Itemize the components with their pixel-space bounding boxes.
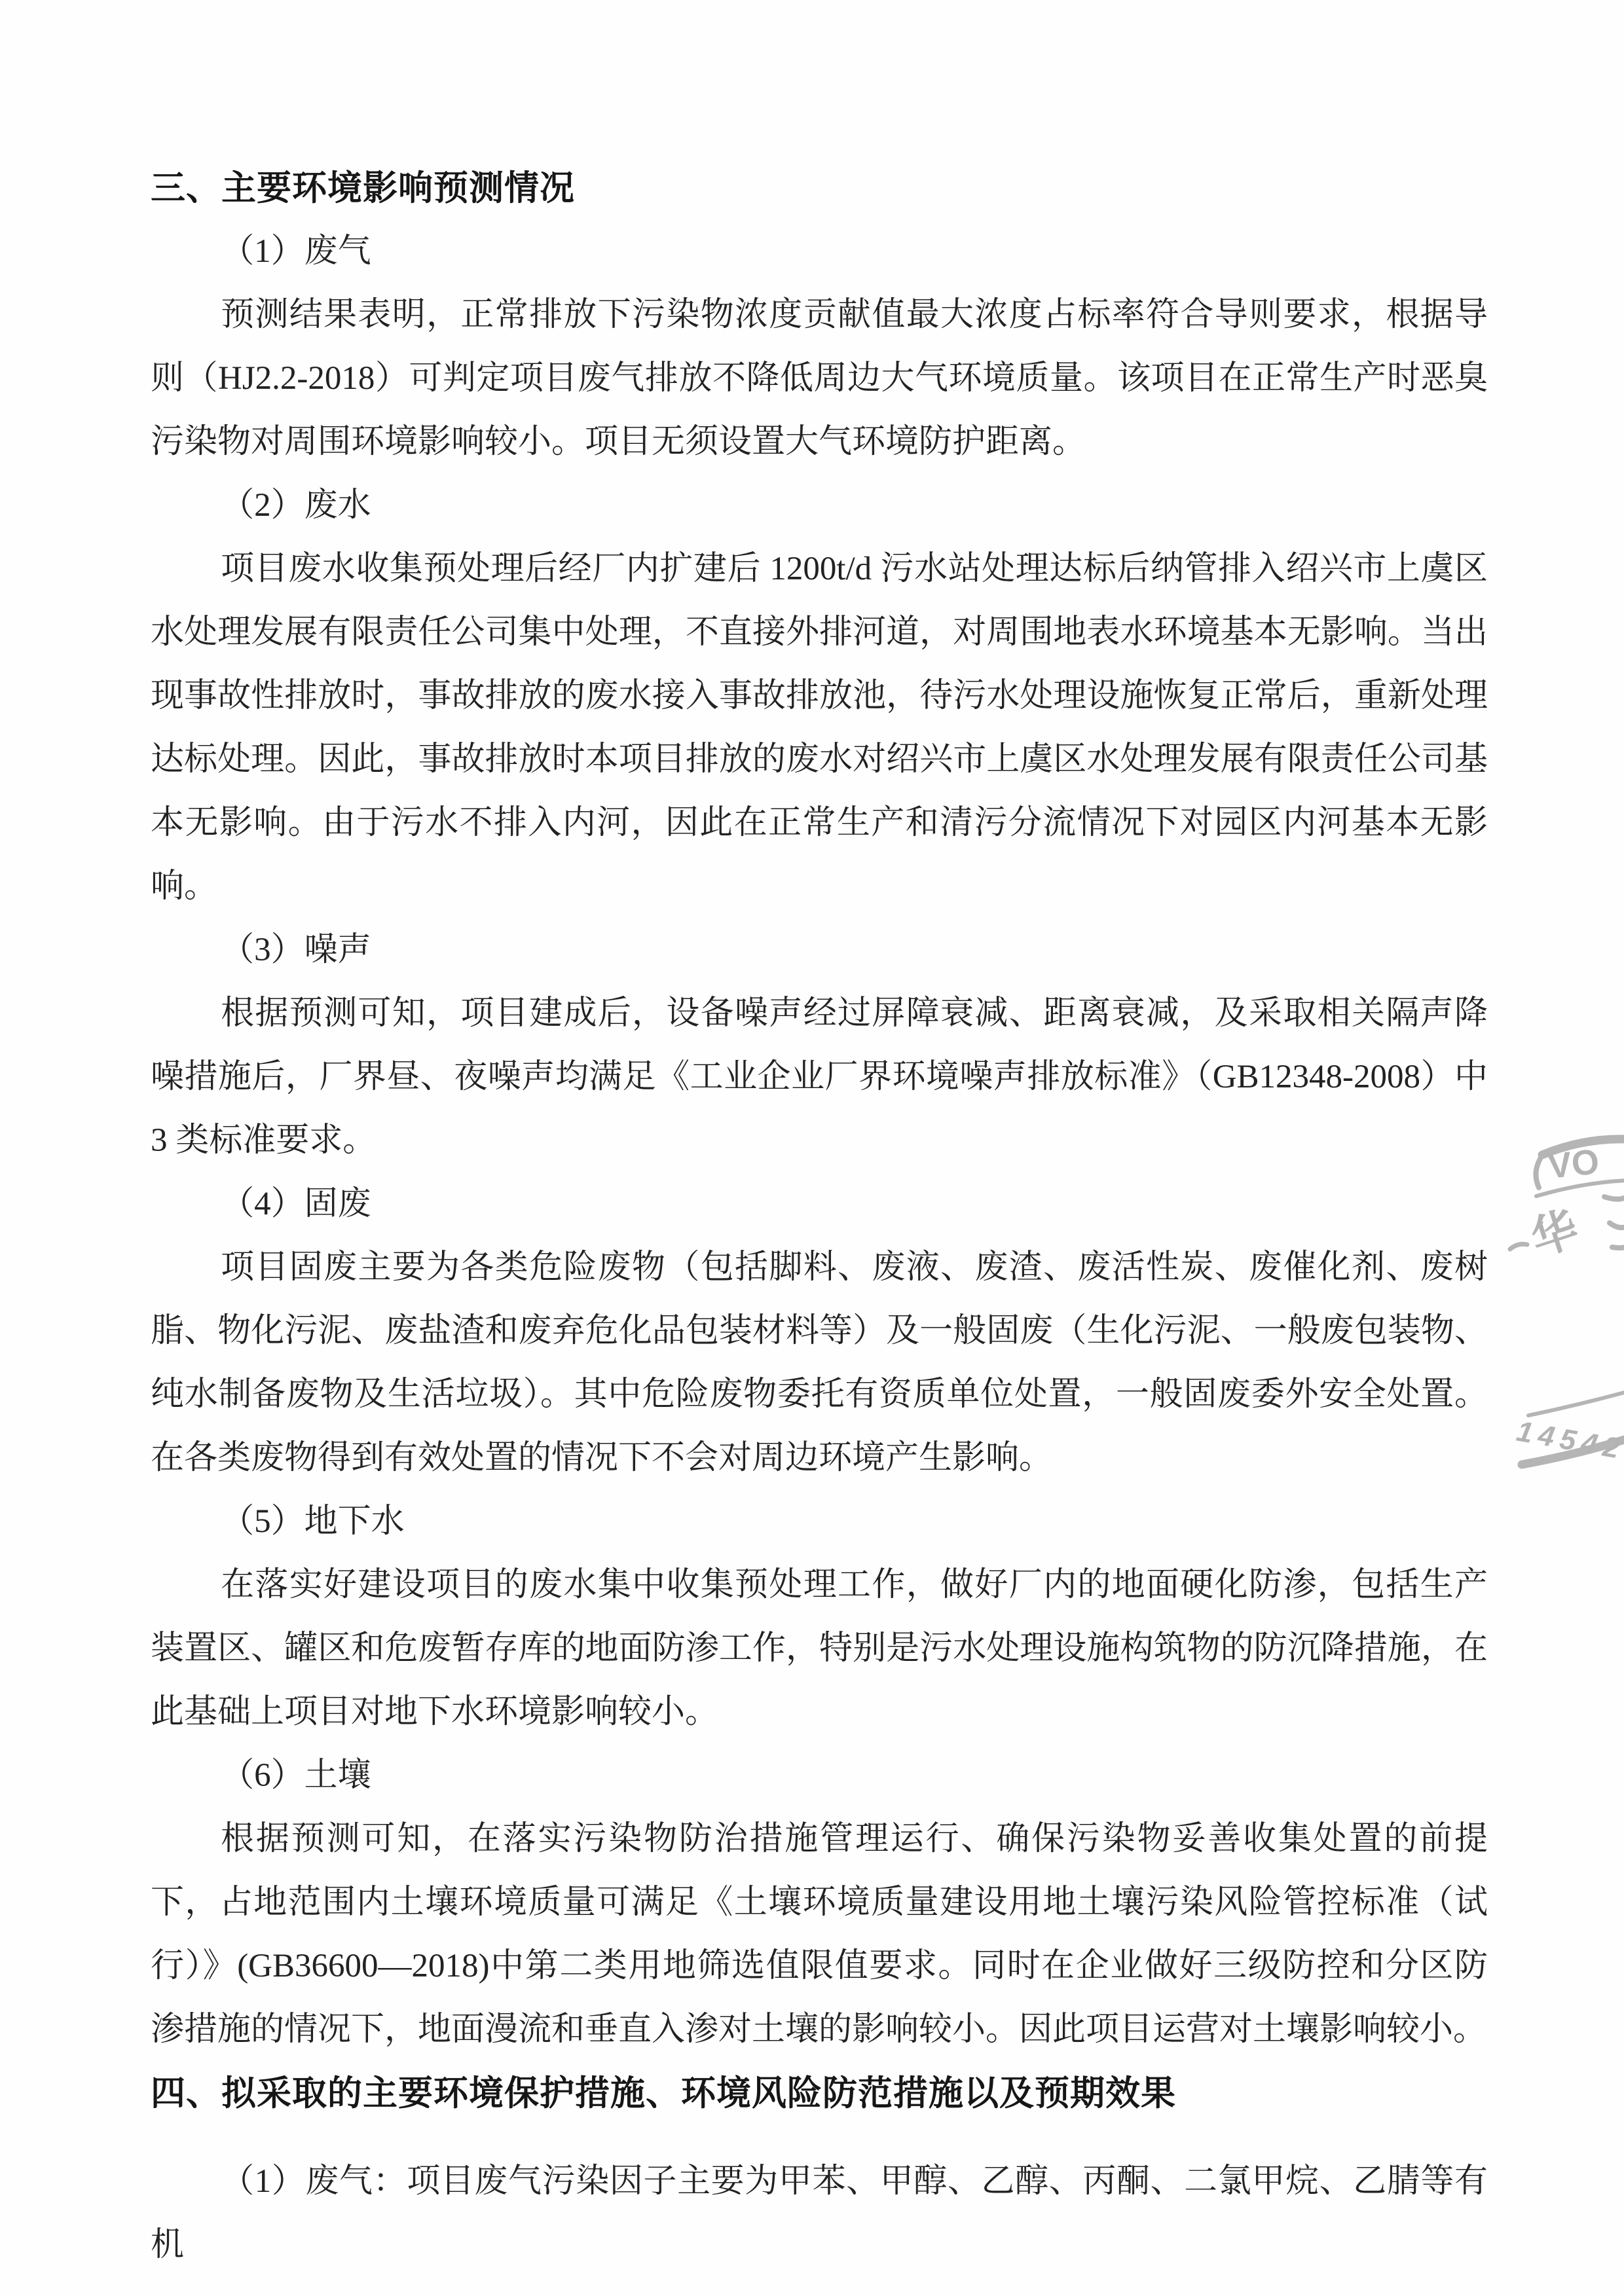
paragraph-soil: 根据预测可知，在落实污染物防治措施管理运行、确保污染物妥善收集处置的前提下，占地…	[151, 1808, 1488, 2062]
watermark-stamp: VO 华 145423	[1506, 1113, 1624, 1480]
stamp-partial-glyph-right-3	[1612, 1247, 1624, 1248]
subsection-label-groundwater: （5）地下水	[151, 1490, 1488, 1554]
stamp-latin-text: VO	[1546, 1142, 1601, 1186]
subsection-label-waste-water: （2）废水	[151, 474, 1488, 538]
subsection-label-noise: （3）噪声	[151, 919, 1488, 982]
paragraph-noise: 根据预测可知，项目建成后，设备噪声经过屏障衰减、距离衰减，及采取相关隔声降噪措施…	[151, 982, 1488, 1173]
stamp-partial-glyph-right-2	[1610, 1223, 1624, 1228]
paragraph-waste-gas: 预测结果表明，正常排放下污染物浓度贡献值最大浓度占标率符合导则要求，根据导则（H…	[151, 283, 1488, 474]
stamp-partial-glyph-right-1	[1604, 1197, 1624, 1199]
document-page: 三、主要环境影响预测情况 （1）废气 预测结果表明，正常排放下污染物浓度贡献值最…	[0, 0, 1624, 2296]
subsection-label-waste-gas: （1）废气	[151, 220, 1488, 283]
paragraph-waste-water: 项目废水收集预处理后经厂内扩建后 1200t/d 污水站处理达标后纳管排入绍兴市…	[151, 538, 1488, 919]
stamp-arc-bottom-thin	[1528, 1392, 1624, 1415]
paragraph-section-four-lead: （1）废气：项目废气污染因子主要为甲苯、甲醇、乙醇、丙酮、二氯甲烷、乙腈等有机	[151, 2150, 1488, 2277]
stamp-partial-glyph-stroke	[1510, 1244, 1527, 1249]
subsection-label-solid-waste: （4）固废	[151, 1173, 1488, 1236]
subsection-label-soil: （6）土壤	[151, 1744, 1488, 1808]
page-content: 三、主要环境影响预测情况 （1）废气 预测结果表明，正常排放下污染物浓度贡献值最…	[151, 156, 1488, 2277]
stamp-partial-glyph-paren	[1536, 1159, 1540, 1188]
paragraph-groundwater: 在落实好建设项目的废水集中收集预处理工作，做好厂内的地面硬化防渗，包括生产装置区…	[151, 1554, 1488, 1744]
section-four-heading: 四、拟采取的主要环境保护措施、环境风险防范措施以及预期效果	[151, 2062, 1488, 2125]
section-three-heading: 三、主要环境影响预测情况	[151, 156, 1488, 220]
paragraph-solid-waste: 项目固废主要为各类危险废物（包括脚料、废液、废渣、废活性炭、废催化剂、废树脂、物…	[151, 1236, 1488, 1490]
stamp-cn-text: 华	[1525, 1202, 1585, 1265]
